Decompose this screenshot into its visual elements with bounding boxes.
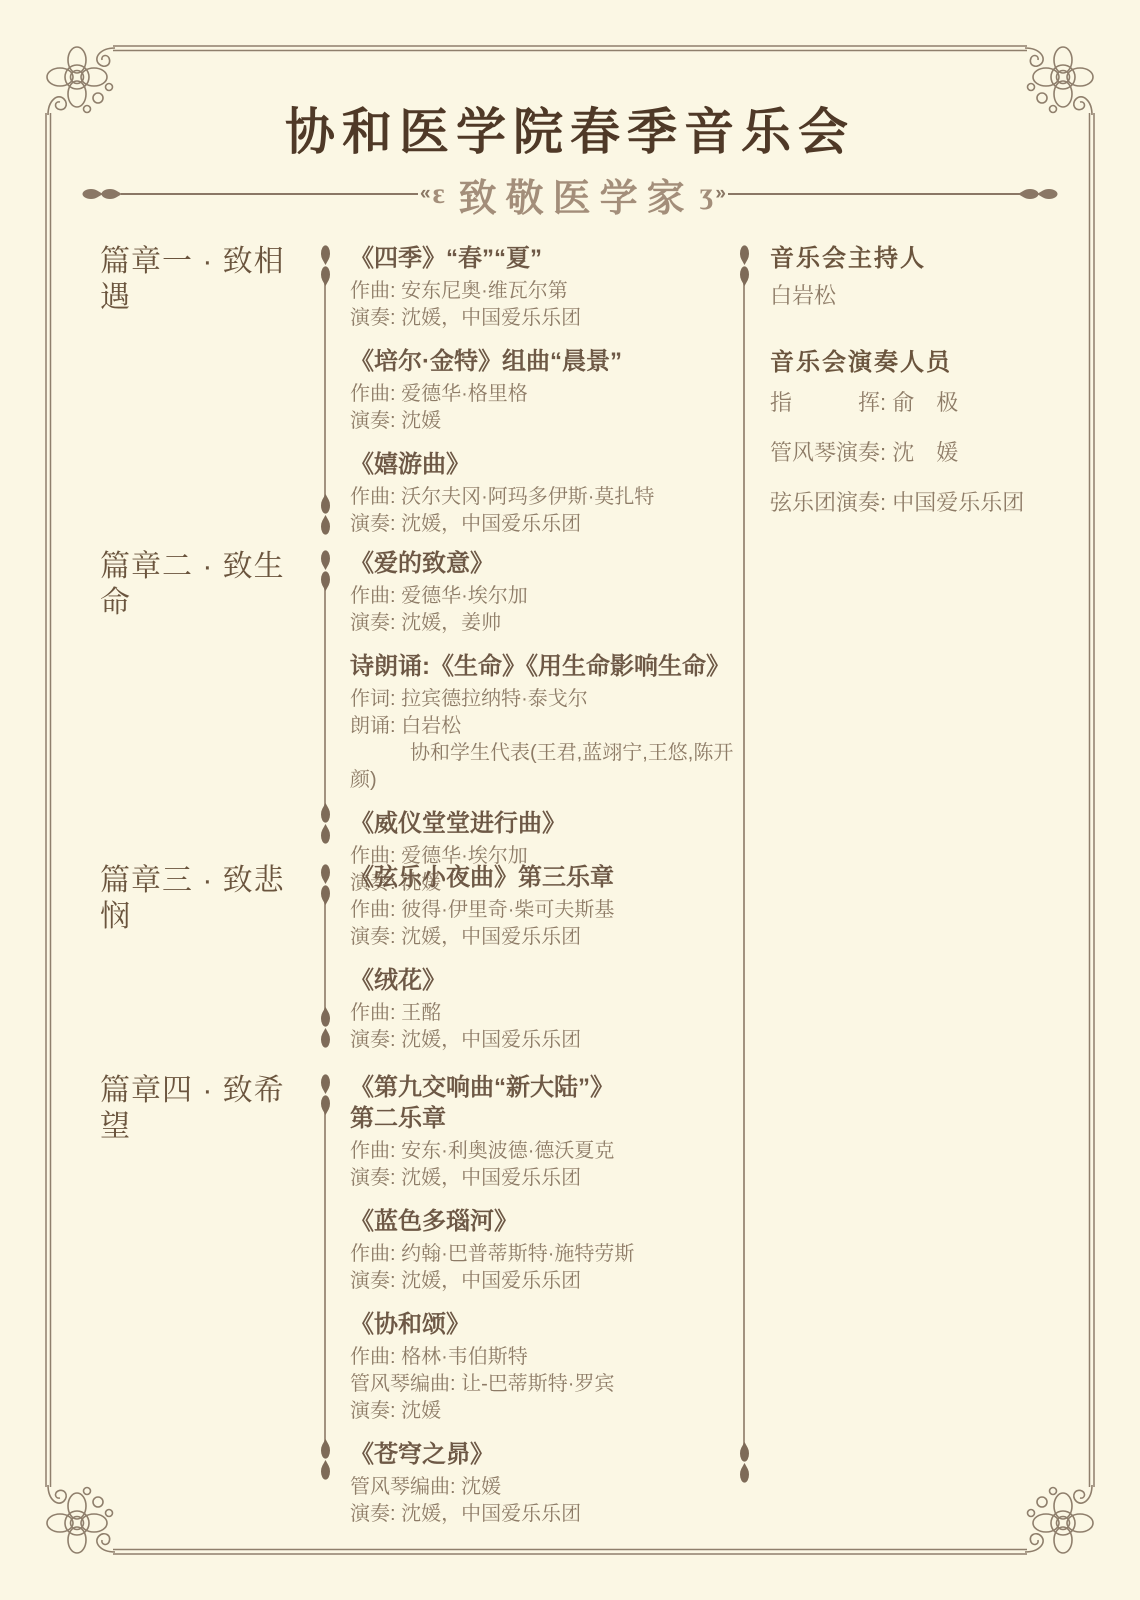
teardrop-icon bbox=[319, 263, 332, 286]
divider-line bbox=[743, 283, 745, 1445]
teardrop-icon bbox=[319, 861, 332, 884]
chapter-title: 篇章一 · 致相遇 bbox=[100, 243, 312, 531]
piece-title: 《嬉游曲》 bbox=[350, 449, 734, 480]
piece-detail-line: 管风琴编曲: 沈媛 bbox=[350, 1474, 734, 1501]
performers-heading: 音乐会演奏人员 bbox=[770, 347, 1061, 379]
piece-detail-line: 演奏: 沈媛，中国爱乐乐团 bbox=[350, 1027, 734, 1054]
piece: 《第九交响曲“新大陆”》 第二乐章 作曲: 安东·利奥波德·德沃夏克 演奏: 沈… bbox=[350, 1072, 734, 1192]
piece-detail-line: 作曲: 安东尼奥·维瓦尔第 bbox=[350, 278, 734, 305]
host-heading: 音乐会主持人 bbox=[770, 243, 1061, 275]
chapter-title: 篇章二 · 致生命 bbox=[100, 548, 312, 840]
chevron-right-icon: » bbox=[715, 183, 726, 205]
piece-title: 《爱的致意》 bbox=[350, 548, 734, 579]
piece-detail-line: 演奏: 沈媛 bbox=[350, 1398, 734, 1425]
performer-line: 管风琴演奏: 沈 媛 bbox=[770, 439, 1061, 467]
piece-list: 《爱的致意》 作曲: 爱德华·埃尔加 演奏: 沈媛，姜帅 诗朗诵:《生命》《用生… bbox=[338, 548, 734, 840]
chapter-divider bbox=[312, 862, 338, 1044]
performer-line: 指 挥: 俞 极 bbox=[770, 389, 1061, 417]
piece-detail-line: 作曲: 格林·韦伯斯特 bbox=[350, 1344, 734, 1371]
piece-detail-line: 演奏: 沈媛，姜帅 bbox=[350, 610, 734, 637]
piece-detail-line: 作曲: 爱德华·格里格 bbox=[350, 381, 734, 408]
teardrop-icon bbox=[319, 242, 332, 265]
teardrop-icon bbox=[98, 187, 122, 201]
chapter-section-4: 篇章四 · 致希望 《第九交响曲“新大陆”》 第二乐章 作曲: 安东·利奥波德·… bbox=[100, 1072, 734, 1476]
piece: 诗朗诵:《生命》《用生命影响生命》 作词: 拉宾德拉纳特·泰戈尔 朗诵: 白岩松… bbox=[350, 651, 734, 794]
piece-detail-line: 演奏: 沈媛，中国爱乐乐团 bbox=[350, 1501, 734, 1528]
chapter-section-3: 篇章三 · 致悲悯 《弦乐小夜曲》第三乐章 作曲: 彼得·伊里奇·柴可夫斯基 演… bbox=[100, 862, 734, 1044]
piece-title: 《弦乐小夜曲》第三乐章 bbox=[350, 862, 734, 893]
performer-line: 弦乐团演奏: 中国爱乐乐团 bbox=[770, 489, 1061, 517]
chapter-divider bbox=[312, 243, 338, 531]
piece-detail-line: 协和学生代表(王君,蓝翊宁,王悠,陈开颜) bbox=[350, 740, 734, 794]
piece: 《嬉游曲》 作曲: 沃尔夫冈·阿玛多伊斯·莫扎特 演奏: 沈媛，中国爱乐乐团 bbox=[350, 449, 734, 538]
piece-detail-line: 演奏: 沈媛，中国爱乐乐团 bbox=[350, 1165, 734, 1192]
teardrop-icon bbox=[319, 1071, 332, 1094]
divider-line bbox=[121, 193, 418, 195]
piece-detail-line: 管风琴编曲: 让-巴蒂斯特·罗宾 bbox=[350, 1371, 734, 1398]
piece-detail-line: 演奏: 沈媛，中国爱乐乐团 bbox=[350, 305, 734, 332]
host-name: 白岩松 bbox=[770, 281, 1061, 311]
piece-title: 《协和颂》 bbox=[350, 1309, 734, 1340]
flourish-right-icon: ʒ bbox=[700, 179, 714, 209]
piece-detail-line: 作词: 拉宾德拉纳特·泰戈尔 bbox=[350, 686, 734, 713]
piece-detail-line: 演奏: 沈媛，中国爱乐乐团 bbox=[350, 1268, 734, 1295]
piece: 《弦乐小夜曲》第三乐章 作曲: 彼得·伊里奇·柴可夫斯基 演奏: 沈媛，中国爱乐… bbox=[350, 862, 734, 951]
divider-line bbox=[728, 193, 1025, 195]
teardrop-icon bbox=[738, 263, 751, 286]
piece-detail-line: 作曲: 约翰·巴普蒂斯特·施特劳斯 bbox=[350, 1241, 734, 1268]
piece-detail-line: 作曲: 王酩 bbox=[350, 1000, 734, 1027]
divider-line bbox=[324, 283, 326, 497]
piece-title: 《第九交响曲“新大陆”》 第二乐章 bbox=[350, 1072, 734, 1134]
flourish-left-icon: ԑ bbox=[433, 179, 445, 209]
page-title: 协和医学院春季音乐会 bbox=[0, 92, 1140, 164]
piece-detail-line: 作曲: 沃尔夫冈·阿玛多伊斯·莫扎特 bbox=[350, 484, 734, 511]
chapter-divider bbox=[312, 1072, 338, 1476]
piece-detail-line: 朗诵: 白岩松 bbox=[350, 713, 734, 740]
piece-detail-line: 演奏: 沈媛，中国爱乐乐团 bbox=[350, 924, 734, 951]
piece: 《绒花》 作曲: 王酩 演奏: 沈媛，中国爱乐乐团 bbox=[350, 965, 734, 1054]
divider-line bbox=[324, 588, 326, 806]
teardrop-icon bbox=[319, 882, 332, 905]
concert-program-page: 协和医学院春季音乐会 « ԑ 致敬医学家 ʒ » 篇章一 · 致相遇 《四季》“… bbox=[0, 0, 1140, 1600]
chapter-title: 篇章四 · 致希望 bbox=[100, 1072, 312, 1476]
piece-title: 《蓝色多瑙河》 bbox=[350, 1206, 734, 1237]
credits-column: 音乐会主持人 白岩松 音乐会演奏人员 指 挥: 俞 极 管风琴演奏: 沈 媛 弦… bbox=[731, 243, 1061, 1479]
piece-detail-line: 演奏: 沈媛 bbox=[350, 408, 734, 435]
chapter-section-2: 篇章二 · 致生命 《爱的致意》 作曲: 爱德华·埃尔加 演奏: 沈媛，姜帅 诗… bbox=[100, 548, 734, 840]
chevron-left-icon: « bbox=[420, 183, 431, 205]
piece-list: 《第九交响曲“新大陆”》 第二乐章 作曲: 安东·利奥波德·德沃夏克 演奏: 沈… bbox=[338, 1072, 734, 1476]
piece: 《蓝色多瑙河》 作曲: 约翰·巴普蒂斯特·施特劳斯 演奏: 沈媛，中国爱乐乐团 bbox=[350, 1206, 734, 1295]
right-column-divider bbox=[731, 243, 757, 1479]
piece: 《苍穹之昴》 管风琴编曲: 沈媛 演奏: 沈媛，中国爱乐乐团 bbox=[350, 1439, 734, 1528]
piece: 《培尔·金特》组曲“晨景” 作曲: 爱德华·格里格 演奏: 沈媛 bbox=[350, 346, 734, 435]
divider-line bbox=[324, 1112, 326, 1442]
piece-detail-line: 作曲: 爱德华·埃尔加 bbox=[350, 583, 734, 610]
piece: 《四季》“春”“夏” 作曲: 安东尼奥·维瓦尔第 演奏: 沈媛，中国爱乐乐团 bbox=[350, 243, 734, 332]
piece-detail-line: 演奏: 沈媛，中国爱乐乐团 bbox=[350, 511, 734, 538]
piece-title: 《四季》“春”“夏” bbox=[350, 243, 734, 274]
divider-line bbox=[324, 902, 326, 1010]
chapter-divider bbox=[312, 548, 338, 840]
piece-title: 《培尔·金特》组曲“晨景” bbox=[350, 346, 734, 377]
piece-list: 《弦乐小夜曲》第三乐章 作曲: 彼得·伊里奇·柴可夫斯基 演奏: 沈媛，中国爱乐… bbox=[338, 862, 734, 1044]
piece-title: 《绒花》 bbox=[350, 965, 734, 996]
chapter-section-1: 篇章一 · 致相遇 《四季》“春”“夏” 作曲: 安东尼奥·维瓦尔第 演奏: 沈… bbox=[100, 243, 734, 531]
piece-title: 《威仪堂堂进行曲》 bbox=[350, 808, 734, 839]
subtitle-text: 致敬医学家 bbox=[459, 167, 694, 222]
teardrop-icon bbox=[319, 547, 332, 570]
teardrop-icon bbox=[738, 242, 751, 265]
piece-title: 《苍穹之昴》 bbox=[350, 1439, 734, 1470]
piece-title: 诗朗诵:《生命》《用生命影响生命》 bbox=[350, 651, 734, 682]
piece: 《协和颂》 作曲: 格林·韦伯斯特 管风琴编曲: 让-巴蒂斯特·罗宾 演奏: 沈… bbox=[350, 1309, 734, 1425]
subtitle-divider: « ԑ 致敬医学家 ʒ » bbox=[86, 172, 1054, 216]
piece-list: 《四季》“春”“夏” 作曲: 安东尼奥·维瓦尔第 演奏: 沈媛，中国爱乐乐团 《… bbox=[338, 243, 734, 531]
piece-detail-line: 作曲: 彼得·伊里奇·柴可夫斯基 bbox=[350, 897, 734, 924]
piece-detail-line: 作曲: 安东·利奥波德·德沃夏克 bbox=[350, 1138, 734, 1165]
teardrop-icon bbox=[319, 568, 332, 591]
teardrop-icon bbox=[319, 1092, 332, 1115]
chapter-title: 篇章三 · 致悲悯 bbox=[100, 862, 312, 1044]
piece: 《爱的致意》 作曲: 爱德华·埃尔加 演奏: 沈媛，姜帅 bbox=[350, 548, 734, 637]
